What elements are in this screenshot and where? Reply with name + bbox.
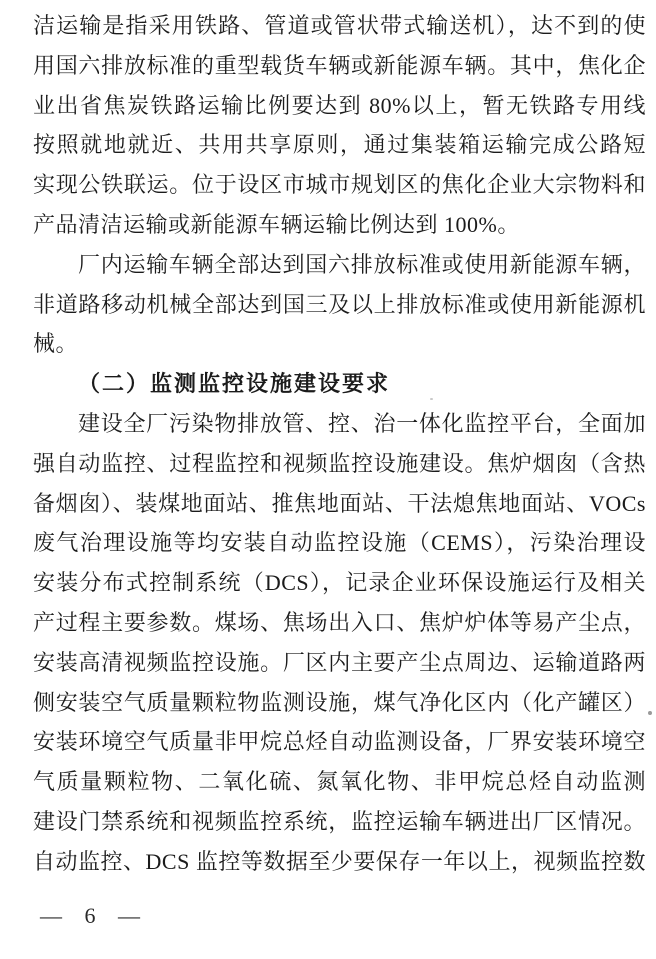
text-line: 厂内运输车辆全部达到国六排放标准或使用新能源车辆，	[33, 245, 646, 285]
scan-speck	[627, 469, 630, 472]
text-line: 备烟囱）、装煤地面站、推焦地面站、干法熄焦地面站、VOCs	[33, 484, 646, 524]
text-line: 强自动监控、过程监控和视频监控设施建设。焦炉烟囱（含热	[33, 444, 646, 484]
text-line: 安装环境空气质量非甲烷总烃自动监测设备，厂界安装环境空	[33, 722, 646, 762]
document-text-block: 洁运输是指采用铁路、管道或管状带式输送机），达不到的使用国六排放标准的重型载货车…	[33, 6, 646, 882]
text-line: 械。	[33, 324, 646, 364]
page-number: — 6 —	[40, 901, 141, 931]
text-line: 安装高清视频监控设施。厂区内主要产尘点周边、运输道路两	[33, 643, 646, 683]
document-page: 洁运输是指采用铁路、管道或管状带式输送机），达不到的使用国六排放标准的重型载货车…	[0, 0, 656, 959]
text-line: 自动监控、DCS 监控等数据至少要保存一年以上，视频监控数据	[33, 842, 646, 882]
text-line: 按照就地就近、共用共享原则，通过集装箱运输完成公路短驳，	[33, 125, 646, 165]
text-line: 用国六排放标准的重型载货车辆或新能源车辆。其中，焦化企	[33, 46, 646, 86]
text-line: 建设门禁系统和视频监控系统，监控运输车辆进出厂区情况。	[33, 802, 646, 842]
text-line: 建设全厂污染物排放管、控、治一体化监控平台，全面加	[33, 404, 646, 444]
text-line: 实现公铁联运。位于设区市城市规划区的焦化企业大宗物料和	[33, 165, 646, 205]
text-line: 产品清洁运输或新能源车辆运输比例达到 100%。	[33, 205, 646, 245]
scan-speck	[430, 398, 433, 400]
text-line: 业出省焦炭铁路运输比例要达到 80%以上，暂无铁路专用线的，	[33, 86, 646, 126]
text-line: 侧安装空气质量颗粒物监测设施，煤气净化区内（化产罐区）	[33, 683, 646, 723]
text-line: 气质量颗粒物、二氧化硫、氮氧化物、非甲烷总烃自动监测站。	[33, 762, 646, 802]
text-line: 废气治理设施等均安装自动监控设施（CEMS），污染治理设施	[33, 523, 646, 563]
text-line: 非道路移动机械全部达到国三及以上排放标准或使用新能源机	[33, 285, 646, 325]
scan-speck	[648, 711, 652, 715]
section-heading: （二）监测监控设施建设要求	[33, 364, 646, 404]
text-line: 安装分布式控制系统（DCS），记录企业环保设施运行及相关生	[33, 563, 646, 603]
text-line: 洁运输是指采用铁路、管道或管状带式输送机），达不到的使	[33, 6, 646, 46]
text-line: 产过程主要参数。煤场、焦场出入口、焦炉炉体等易产尘点，	[33, 603, 646, 643]
